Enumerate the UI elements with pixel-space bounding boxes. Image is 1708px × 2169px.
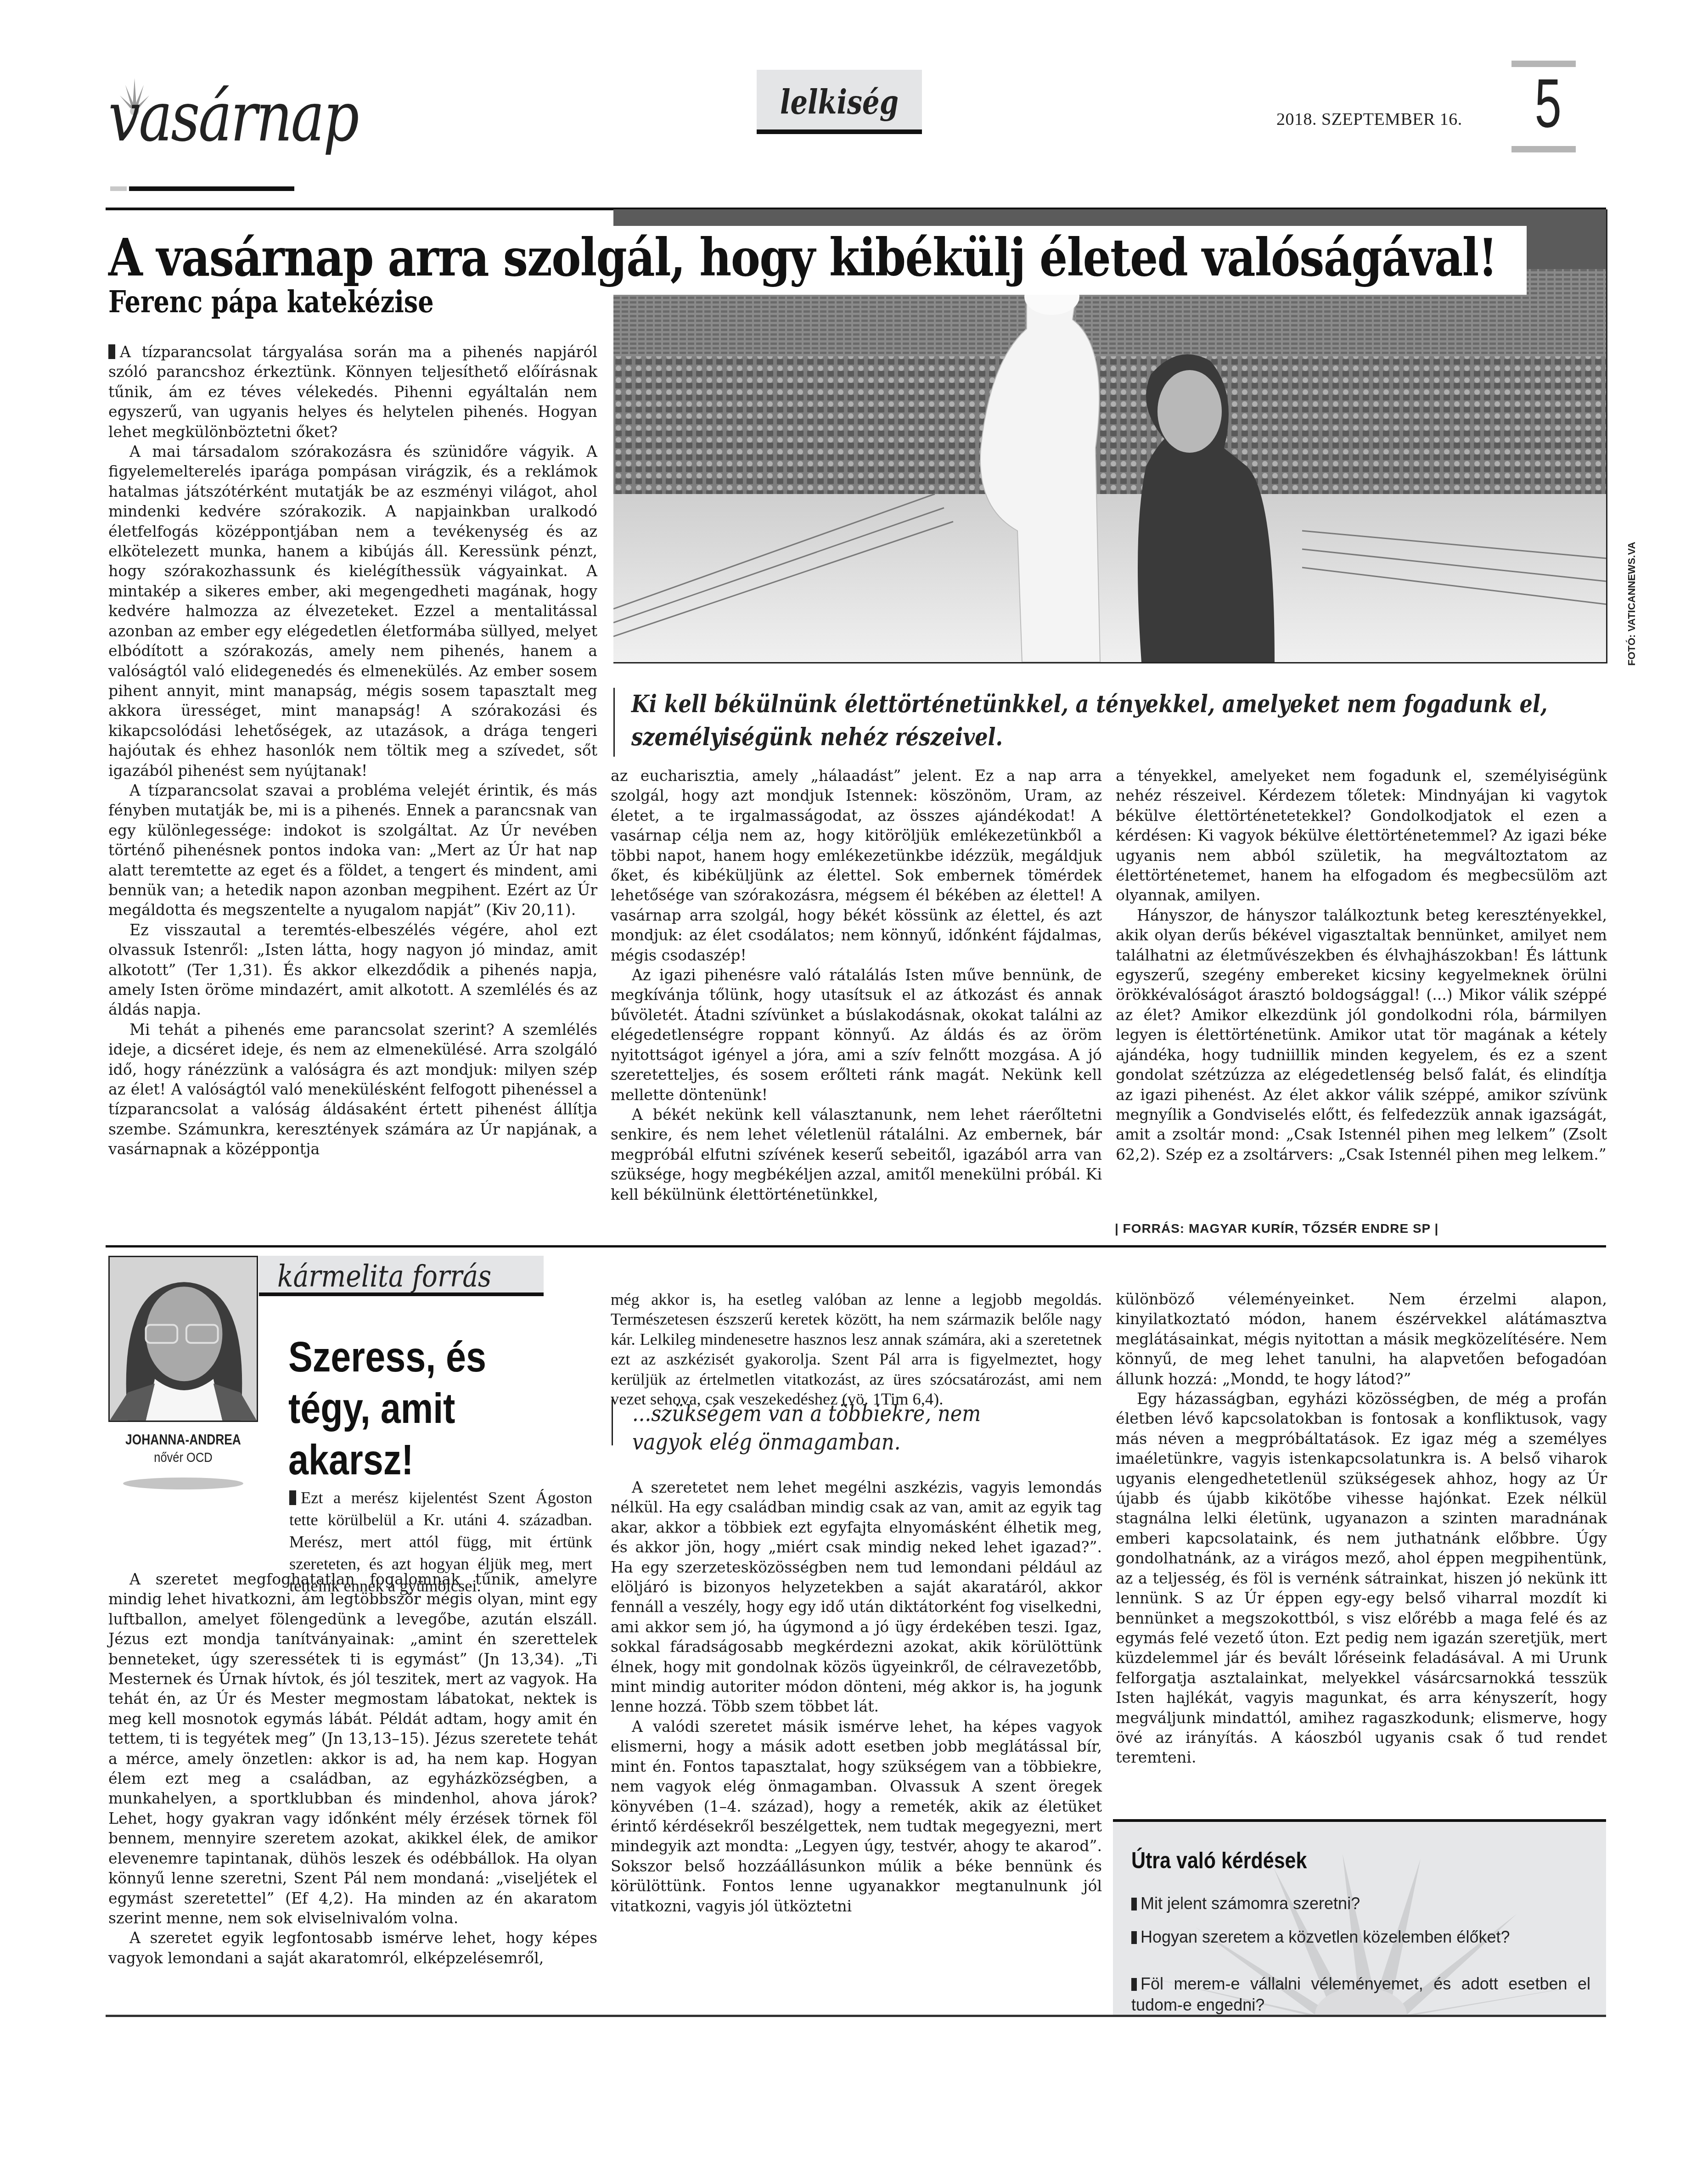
article-column-3: a tényekkel, amelyeket nem fogadunk el, … <box>1116 766 1607 1164</box>
carmelite-column-2: A szeretetet nem lehet megélni aszkézis,… <box>611 1478 1102 1916</box>
paragraph: A szeretetet nem lehet megélni aszkézis,… <box>611 1478 1102 1717</box>
pull-quote-line: Ki kell békülnünk élettörténetünkkel, a … <box>631 688 1445 721</box>
logo-underline <box>129 186 294 191</box>
paragraph: A valódi szeretet másik ismérve lehet, h… <box>611 1717 1102 1916</box>
paragraph: Hányszor, de hányszor találkoztunk beteg… <box>1116 905 1607 1164</box>
questions-box: Útra való kérdések Mit jelent számomra s… <box>1113 1822 1606 2015</box>
question-item: Mit jelent számomra szeretni? <box>1131 1893 1590 1914</box>
author-portrait <box>108 1256 258 1422</box>
article-subtitle: Ferenc pápa katekézise <box>108 284 434 320</box>
newspaper-logo: vasárnap <box>108 73 384 174</box>
paragraph: Mi tehát a pihenés eme parancsolat szeri… <box>108 1020 597 1159</box>
author-shadow-decoration <box>123 1478 243 1489</box>
question-bullet-icon <box>1131 1978 1137 1991</box>
paragraph: A békét nekünk kell választanunk, nem le… <box>611 1105 1102 1204</box>
question-item: Hogyan szeretem a közvetlen közelemben é… <box>1131 1927 1590 1948</box>
pull-quote-line: személyiségünk nehéz részeivel. <box>631 721 1445 754</box>
paragraph: A tízparancsolat tárgyalása során ma a p… <box>108 342 597 442</box>
portrait-illustration <box>110 1257 257 1421</box>
page-number-bar-bottom <box>1511 146 1576 152</box>
paragraph: az eucharisztia, amely „hálaadást” jelen… <box>611 766 1102 965</box>
article-source: | FORRÁS: MAGYAR KURÍR, TŐZSÉR ENDRE SP … <box>1115 1221 1438 1236</box>
paragraph: Egy házasságban, egyházi közösségben, de… <box>1116 1389 1607 1768</box>
paragraph-bullet-icon <box>289 1490 296 1505</box>
paragraph: A szeretet egyik legfontosabb ismérve le… <box>108 1928 597 1968</box>
pull-quote: Ki kell békülnünk élettörténetünkkel, a … <box>613 688 1578 757</box>
questions-title: Útra való kérdések <box>1131 1847 1307 1874</box>
article-column-1: A tízparancsolat tárgyalása során ma a p… <box>108 342 597 1159</box>
column-label: kármelita forrás <box>277 1259 491 1294</box>
article-column-2: az eucharisztia, amely „hálaadást” jelen… <box>611 766 1102 1204</box>
pull-quote: ...szükségem van a többiekre, nem vagyok… <box>612 1399 1098 1445</box>
paragraph: a tényekkel, amelyeket nem fogadunk el, … <box>1116 766 1607 905</box>
paragraph: különböző véleményeinket. Nem érzelmi al… <box>1116 1289 1607 1389</box>
paragraph: A tízparancsolat szavai a probléma velej… <box>108 781 597 920</box>
column-label-box: kármelita forrás <box>259 1256 544 1296</box>
article-headline: A vasárnap arra szolgál, hogy kibékülj é… <box>108 228 1497 288</box>
carmelite-column-2-top: még akkor is, ha esetleg valóban az lenn… <box>611 1289 1102 1409</box>
carmelite-article-title: Szeress, és tégy, amit akarsz! <box>288 1332 541 1486</box>
author-name: JOHANNA-ANDREA <box>119 1432 247 1448</box>
logo-wordmark: vasárnap <box>108 83 358 152</box>
footer-rule <box>106 2015 1606 2017</box>
section-label: lelkiség <box>771 83 907 122</box>
pull-quote-line: ...szükségem van a többiekre, nem <box>632 1399 1052 1428</box>
author-role: nővér OCD <box>119 1450 247 1466</box>
paragraph: Ez visszautal a teremtés-elbeszélés végé… <box>108 920 597 1020</box>
paragraph: még akkor is, ha esetleg valóban az lenn… <box>611 1289 1102 1409</box>
photo-credit-text: FOTÓ: VATICANNEWS.VA <box>1626 542 1638 666</box>
section-label-box: lelkiség <box>757 70 922 134</box>
carmelite-column-1: A szeretet megfoghatatlan fogalomnak tűn… <box>108 1569 597 1968</box>
question-bullet-icon <box>1131 1931 1137 1944</box>
paragraph: A szeretet megfoghatatlan fogalomnak tűn… <box>108 1569 597 1928</box>
paragraph: A mai társadalom szórakozásra és szünidő… <box>108 442 597 781</box>
photo-credit: FOTÓ: VATICANNEWS.VA <box>1609 528 1628 666</box>
pull-quote-line: vagyok elég önmagamban. <box>632 1428 1052 1456</box>
logo-accent-bar <box>110 186 127 191</box>
question-bullet-icon <box>1131 1898 1137 1911</box>
paragraph-bullet-icon <box>108 344 115 359</box>
carmelite-column-3: különböző véleményeinket. Nem érzelmi al… <box>1116 1289 1607 1768</box>
issue-date: 2018. SZEPTEMBER 16. <box>1276 109 1462 129</box>
question-item: Föl merem-e vállalni véleményemet, és ad… <box>1131 1973 1590 2015</box>
paragraph: Az igazi pihenésre való rátalálás Isten … <box>611 965 1102 1105</box>
page-number: 5 <box>1535 69 1562 138</box>
section-divider <box>106 1245 1606 1247</box>
